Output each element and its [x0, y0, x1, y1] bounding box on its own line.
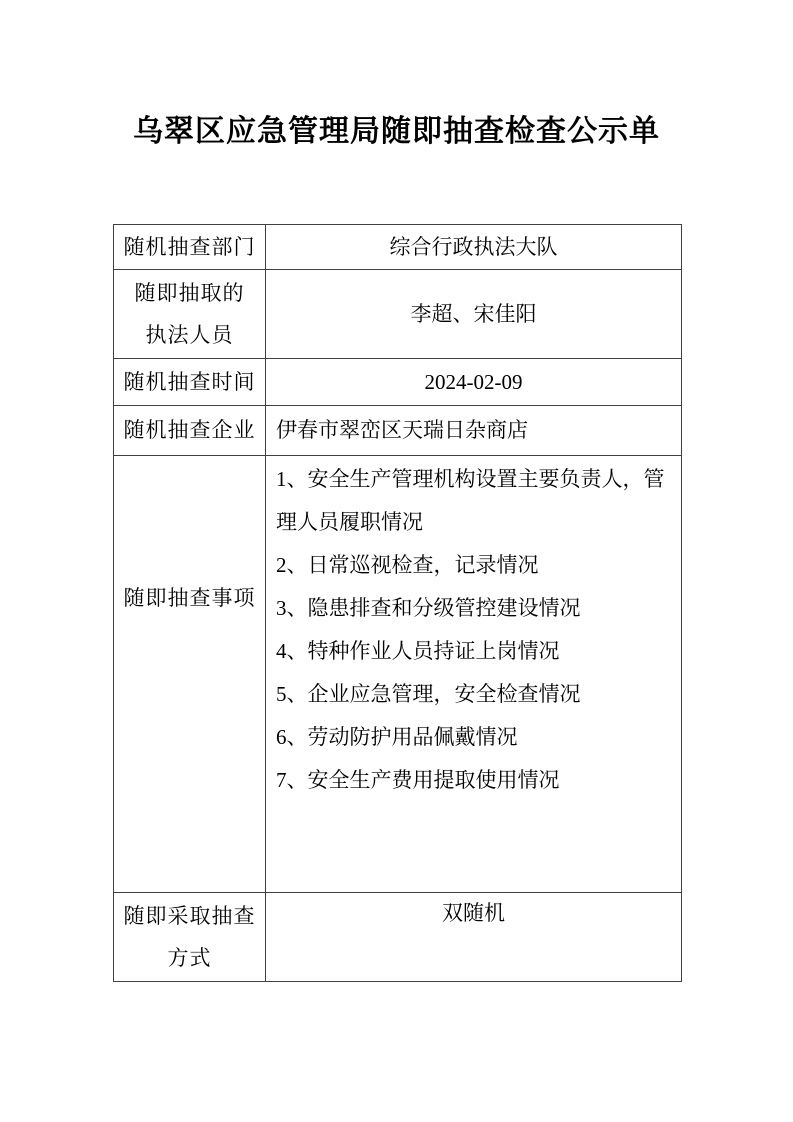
inspection-method-label-line1: 随即采取抽查: [118, 895, 261, 937]
inspection-time-label: 随机抽查时间: [114, 359, 266, 406]
enforcement-staff-label-line2: 执法人员: [118, 314, 261, 356]
document-page: 乌翠区应急管理局随即抽查检查公示单 随机抽查部门 综合行政执法大队 随即抽取的 …: [0, 0, 793, 1122]
table-row-inspection-time: 随机抽查时间 2024-02-09: [114, 359, 682, 406]
enforcement-staff-label: 随即抽取的 执法人员: [114, 270, 266, 359]
inspected-enterprise-label: 随机抽查企业: [114, 406, 266, 456]
inspection-item: 6、劳动防护用品佩戴情况: [276, 716, 671, 759]
enforcement-staff-value: 李超、宋佳阳: [266, 270, 682, 359]
table-row-inspection-method: 随即采取抽查 方式 双随机: [114, 893, 682, 982]
inspection-item: 5、企业应急管理，安全检查情况: [276, 673, 671, 716]
inspection-method-label: 随即采取抽查 方式: [114, 893, 266, 982]
department-label: 随机抽查部门: [114, 225, 266, 270]
inspection-item: 2、日常巡视检查，记录情况: [276, 544, 671, 587]
page-title: 乌翠区应急管理局随即抽查检查公示单: [0, 0, 793, 154]
inspection-time-value: 2024-02-09: [266, 359, 682, 406]
enforcement-staff-label-line1: 随即抽取的: [118, 272, 261, 314]
inspection-item: 3、隐患排查和分级管控建设情况: [276, 587, 671, 630]
inspection-items-label: 随即抽查事项: [114, 456, 266, 893]
inspection-item: 4、特种作业人员持证上岗情况: [276, 630, 671, 673]
department-value: 综合行政执法大队: [266, 225, 682, 270]
table-row-inspected-enterprise: 随机抽查企业 伊春市翠峦区天瑞日杂商店: [114, 406, 682, 456]
inspection-notice-table: 随机抽查部门 综合行政执法大队 随即抽取的 执法人员 李超、宋佳阳 随机抽查时间…: [113, 224, 682, 982]
inspected-enterprise-value: 伊春市翠峦区天瑞日杂商店: [266, 406, 682, 456]
inspection-items-value: 1、安全生产管理机构设置主要负责人，管理人员履职情况 2、日常巡视检查，记录情况…: [266, 456, 682, 893]
inspection-item: 1、安全生产管理机构设置主要负责人，管理人员履职情况: [276, 458, 671, 544]
inspection-method-value: 双随机: [266, 893, 682, 982]
inspection-item: 7、安全生产费用提取使用情况: [276, 759, 671, 802]
inspection-method-label-line2: 方式: [118, 937, 261, 979]
table-row-inspection-items: 随即抽查事项 1、安全生产管理机构设置主要负责人，管理人员履职情况 2、日常巡视…: [114, 456, 682, 893]
table-row-enforcement-staff: 随即抽取的 执法人员 李超、宋佳阳: [114, 270, 682, 359]
table-row-department: 随机抽查部门 综合行政执法大队: [114, 225, 682, 270]
